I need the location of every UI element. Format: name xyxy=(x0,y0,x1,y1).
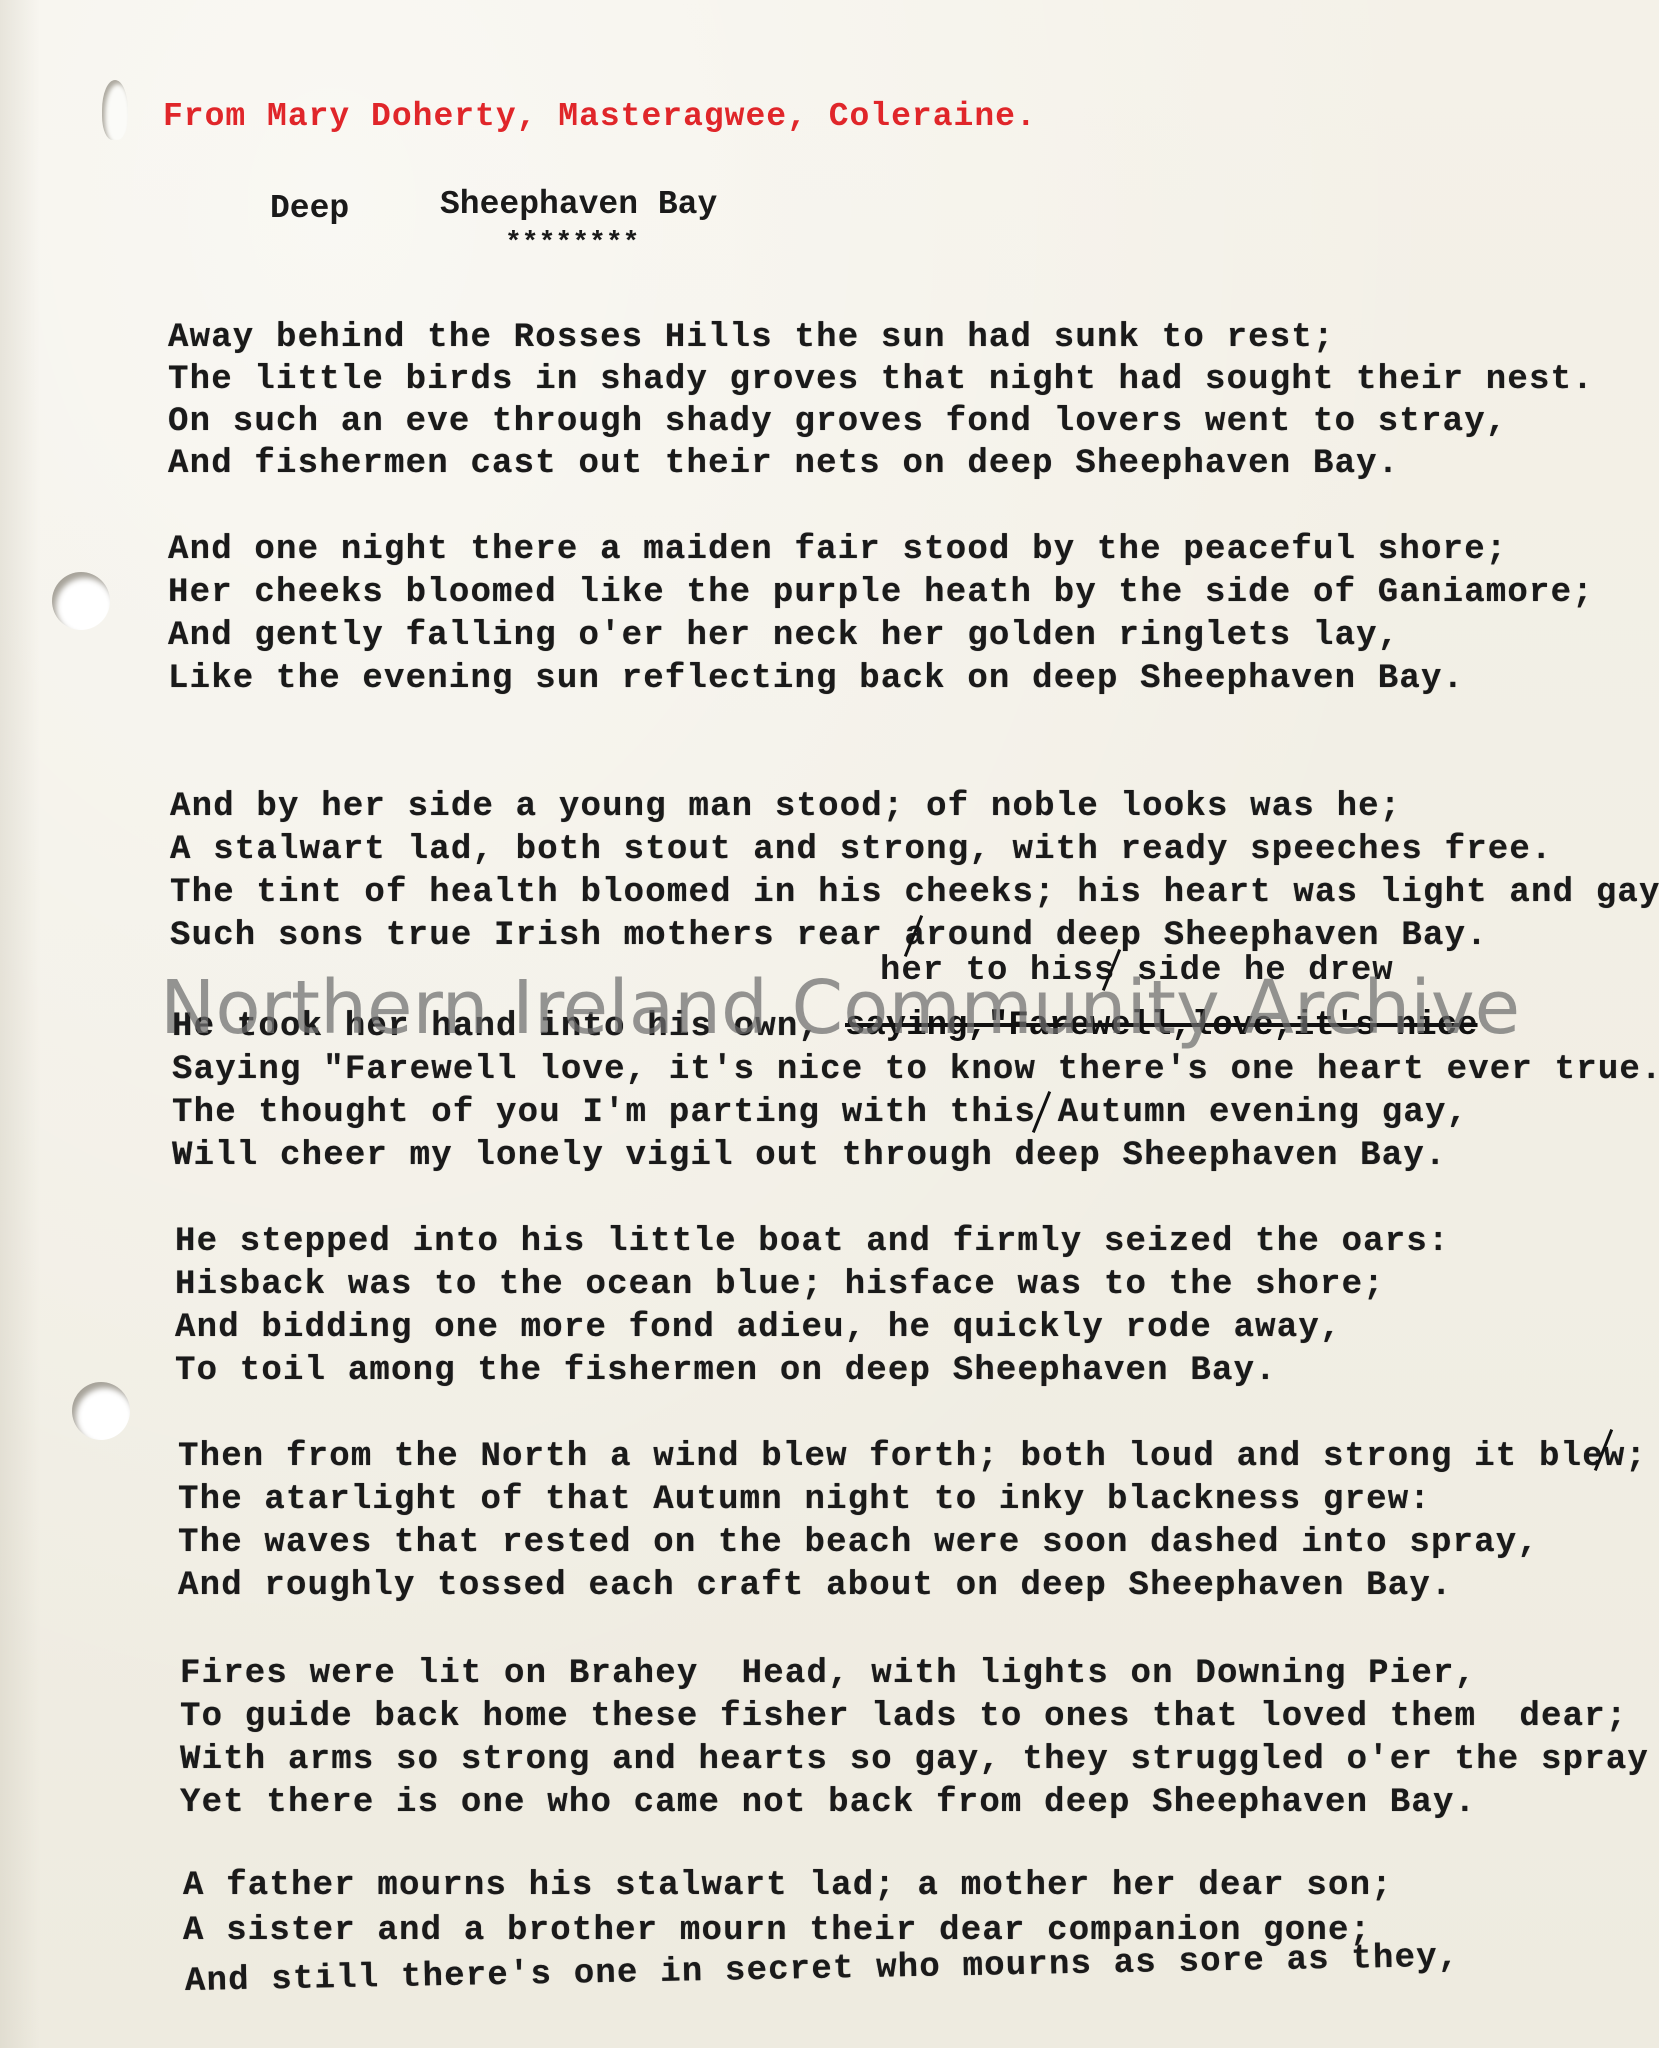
poem-line: Away behind the Rosses Hills the sun had… xyxy=(168,318,1335,358)
poem-line: The little birds in shady groves that ni… xyxy=(168,360,1594,400)
poem-line: The thought of you I'm parting with this… xyxy=(172,1093,1468,1133)
poem-line: He stepped into his little boat and firm… xyxy=(175,1222,1450,1262)
poem-line: And gently falling o'er her neck her gol… xyxy=(168,616,1399,656)
poem-line: The waves that rested on the beach were … xyxy=(178,1523,1539,1563)
poem-line: The tint of health bloomed in his cheeks… xyxy=(170,873,1659,913)
poem-line: To toil among the fishermen on deep Shee… xyxy=(175,1351,1277,1391)
poem-line: Her cheeks bloomed like the purple heath… xyxy=(168,573,1594,613)
poem-line: Like the evening sun reflecting back on … xyxy=(168,659,1464,699)
poem-line: A father mourns his stalwart lad; a moth… xyxy=(183,1866,1393,1906)
poem-line: On such an eve through shady groves fond… xyxy=(168,402,1507,442)
punch-hole-bottom xyxy=(72,1382,130,1440)
poem-line: And fishermen cast out their nets on dee… xyxy=(168,444,1399,484)
poem-line: And roughly tossed each craft about on d… xyxy=(178,1566,1453,1606)
archive-watermark: Northern Ireland Community Archive xyxy=(160,965,1520,1051)
poem-line: Fires were lit on Brahey Head, with ligh… xyxy=(180,1654,1476,1694)
poem-line: Such sons true Irish mothers rear around… xyxy=(170,916,1488,956)
poem-line: With arms so strong and hearts so gay, t… xyxy=(180,1740,1649,1780)
poem-line: And by her side a young man stood; of no… xyxy=(170,787,1401,827)
poem-line: And one night there a maiden fair stood … xyxy=(168,530,1507,570)
poem-line: Saying "Farewell love, it's nice to know… xyxy=(172,1050,1659,1090)
punch-hole-top xyxy=(102,80,128,140)
poem-line: The atarlight of that Autumn night to in… xyxy=(178,1480,1431,1520)
poem-line: Will cheer my lonely vigil out through d… xyxy=(172,1136,1447,1176)
title-asterisks: ******** xyxy=(505,228,639,259)
poem-line: And bidding one more fond adieu, he quic… xyxy=(175,1308,1342,1348)
title-word-deep: Deep xyxy=(270,190,349,227)
poem-line: Hisback was to the ocean blue; hisface w… xyxy=(175,1265,1385,1305)
poem-line: To guide back home these fisher lads to … xyxy=(180,1697,1627,1737)
poem-line: Yet there is one who came not back from … xyxy=(180,1783,1476,1823)
poem-line: Then from the North a wind blew forth; b… xyxy=(178,1437,1647,1477)
title-sheephaven-bay: Sheephaven Bay xyxy=(440,186,717,223)
sender-header: From Mary Doherty, Masteragwee, Colerain… xyxy=(163,98,1037,135)
poem-line: A stalwart lad, both stout and strong, w… xyxy=(170,830,1553,870)
punch-hole-middle xyxy=(52,572,110,630)
